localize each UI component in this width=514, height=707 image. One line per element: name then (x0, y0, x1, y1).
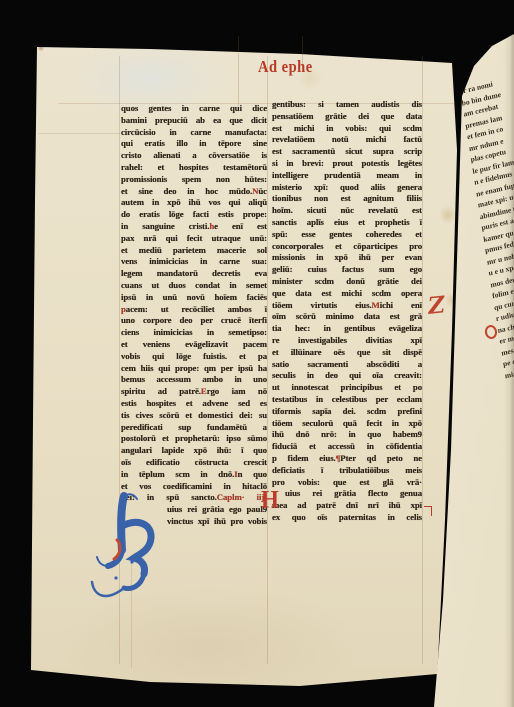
text-line: angulari lapide xpō ihū: ī quo (121, 445, 267, 457)
body-text: uius rei grātia flecto genua (285, 488, 422, 498)
text-line: gentibus: si tamen audistis dis (272, 99, 422, 111)
text-line: oīm scōrū minimo data est grā (272, 311, 422, 323)
text-line: promissionis spem non hūtes: (121, 174, 267, 186)
text-line: testatibus in celestibus per ecclam (272, 394, 422, 406)
body-text: cem hiis qui prope: qm per ipsū ha (121, 363, 267, 373)
body-text: mea ad patrē dnī nrī ihū xpī (272, 500, 422, 510)
rubric-text: Caplm· iij· (217, 492, 267, 502)
body-text: et vos coedificamini in hitaclō (121, 481, 267, 491)
ruling-line-header-left (238, 36, 239, 106)
body-text: tiformis sapīa dei. scdm prefini (272, 406, 422, 416)
text-line: uius rei grātia flecto genua (272, 488, 422, 500)
body-text: testatibus in celestibus per ecclam (272, 394, 422, 404)
text-line: tiōem virtutis eius.Michi enī (272, 300, 422, 312)
text-line: cristo alienati a cōversatiōe is (121, 150, 267, 162)
body-text: bamini prepuciū ab ea que dicit (121, 115, 267, 125)
body-text: tia hec: in gentibus evāgeliza (272, 323, 422, 333)
text-line: pacem: ut recōciliet ambos ī (121, 304, 267, 316)
body-text: do eratis lōge facti estis prope: (121, 209, 267, 219)
text-line: satio sacramenti abscōditi a (272, 359, 422, 371)
body-text: tionibus non est agnitum filiis (272, 193, 422, 203)
text-line: ex quo oīs paternitas in celis (272, 512, 422, 524)
text-line: tiformis sapīa dei. scdm prefini (272, 406, 422, 418)
body-text: ūc (258, 186, 267, 196)
body-text: ichi enī (380, 300, 422, 310)
body-text: tiōem seculorū quā fecit in xpō (272, 418, 422, 428)
text-line: vobis qui lōge fuistis. et pa (121, 351, 267, 363)
text-line: qui eratis illo in tēpore sine (121, 138, 267, 150)
text-line: que data est michi scdm opera (272, 288, 422, 300)
body-text: fiduciā et accessū in cōfidentia (272, 441, 422, 451)
text-column-right: gentibus: si tamen audistis dispensatiōe… (272, 99, 422, 524)
running-title: Ad ephe (258, 58, 328, 78)
body-text: hoīm. sicuti nūc revelatū est (272, 205, 422, 215)
text-line: et illūinare oēs que sit dispē (272, 347, 422, 359)
body-text: cristo alienati a cōversatiōe is (121, 150, 267, 160)
body-text: peredificati sup fundamētū a (121, 422, 267, 432)
text-line: cuans ut duos condat in semet (121, 280, 267, 292)
text-line: et sine deo in hoc mūdo.Nūc (121, 186, 267, 198)
body-text: angulari lapide xpō ihū: ī quo (121, 445, 267, 455)
body-text: p fidem eius. (272, 453, 336, 463)
body-text: tiōem virtutis eius. (272, 300, 372, 310)
manuscript-photo: er ra nomibo bin dumeam cerebatpremas la… (0, 0, 514, 707)
body-text: n quo (238, 469, 267, 479)
body-text: et mediū parietem macerie sol (121, 245, 267, 255)
body-text: oīm scōrū minimo data est grā (272, 311, 422, 321)
body-text: deficiatis ī tribulatiōibus meis (272, 465, 422, 475)
text-line: in tēplum scm in dnō.In quo (121, 469, 267, 481)
body-text: pensatiōem grātie dei que data (272, 111, 422, 121)
text-line: minister scdm donū grātie dei (272, 276, 422, 288)
text-line: peredificati sup fundamētū a (121, 422, 267, 434)
text-line: postolorū et prophetarū: ipso sūmo (121, 433, 267, 445)
body-text: et illūinare oēs que sit dispē (272, 347, 422, 357)
ruling-line-vertical-center (267, 56, 268, 664)
text-line: et mediū parietem macerie sol (121, 245, 267, 257)
text-line: oīs edificatio cōstructa crescit (121, 457, 267, 469)
text-line: sanctis aplīs eius et prophetis ī (272, 217, 422, 229)
text-line: do eratis lōge facti estis prope: (121, 209, 267, 221)
text-line: re investigabiles divitias xpī (272, 335, 422, 347)
text-line: hoīm. sicuti nūc revelatū est (272, 205, 422, 217)
text-line: estis hospites et advene sed es (121, 398, 267, 410)
body-text: missionis in xpō ihū per evan (272, 252, 422, 262)
text-line: tiōem seculorū quā fecit in xpō (272, 418, 422, 430)
text-line: pro vobis: que est glā vrā· (272, 477, 422, 489)
body-text: et sine deo in hoc mūdo. (121, 186, 252, 196)
body-text: et veniens evāgelizavit pacem (121, 339, 267, 349)
text-line: tis cives scōrū et domestici dei: su (121, 410, 267, 422)
body-text: ex quo oīs paternitas in celis (272, 512, 422, 522)
text-line: fiduciā et accessū in cōfidentia (272, 441, 422, 453)
ruling-line-horizontal-margin (38, 133, 120, 134)
body-text: pax nrā qui fecit utraque unū: (121, 233, 267, 243)
text-line: vens inimicicias in carne sua: (121, 256, 267, 268)
illuminated-initial-h (86, 490, 166, 608)
text-line: cem hiis qui prope: qm per ipsū ha (121, 363, 267, 375)
text-line: mea ad patrē dnī nrī ihū xpī (272, 500, 422, 512)
body-text: rahel: et hospites testamētorū (121, 162, 267, 172)
body-text: spiritu ad patrē. (121, 386, 201, 396)
text-line: et veniens evāgelizavit pacem (121, 339, 267, 351)
body-text: que data est michi scdm opera (272, 288, 422, 298)
body-text: revelatiōem notū michi factū (272, 134, 422, 144)
body-text: re investigabiles divitias xpī (272, 335, 422, 345)
ruling-line-vertical-right (422, 56, 423, 664)
body-text: uius rei grātia ego paul9 (167, 504, 267, 514)
text-line: p fidem eius.¶Pter qd peto ne (272, 453, 422, 465)
body-text: promissionis spem non hūtes: (121, 174, 267, 184)
body-text: est sacramentū sicut supra scrip (272, 146, 422, 156)
body-text: autem in xpō ihū vos qui aliqū (121, 197, 267, 207)
body-text: geliū: cuius factus sum ego (272, 264, 422, 274)
text-line: si in brevi: prout potestis legētes (272, 158, 422, 170)
text-line: ihū dnō nrō: in quo habem9 (272, 429, 422, 441)
text-line: autem in xpō ihū vos qui aliqū (121, 197, 267, 209)
body-text: cuans ut duos condat in semet (121, 280, 267, 290)
body-text: e enī est (214, 221, 267, 231)
text-line: tia hec: in gentibus evāgeliza (272, 323, 422, 335)
text-column-left: quos gentes in carne qui dicebamini prep… (121, 103, 267, 528)
body-text: qui eratis illo in tēpore sine (121, 138, 267, 148)
body-text: circūcisio in carne manufacta: (121, 127, 267, 137)
text-line: spū: esse gentes coheredes et (272, 229, 422, 241)
body-text: postolorū et prophetarū: ipso sūmo (121, 433, 267, 443)
text-line: in sanguine cristi.he enī est (121, 221, 267, 233)
text-line: deficiatis ī tribulatiōibus meis (272, 465, 422, 477)
text-line: est sacramentū sicut supra scrip (272, 146, 422, 158)
body-text: est michi in vobis: qui scdm (272, 123, 422, 133)
rubric-text: M (372, 300, 380, 310)
body-text: vinctus xpī ihū pro vobis (167, 516, 267, 526)
body-text: tis cives scōrū et domestici dei: su (121, 410, 267, 420)
text-line: pensatiōem grātie dei que data (272, 111, 422, 123)
text-line: geliū: cuius factus sum ego (272, 264, 422, 276)
text-line: legem mandatorū decretis eva (121, 268, 267, 280)
body-text: legem mandatorū decretis eva (121, 268, 267, 278)
body-text: intelligere prudentiā meam in (272, 170, 422, 180)
body-text: sanctis aplīs eius et prophetis ī (272, 217, 422, 227)
next-page-text: er ra nomibo bin dumeam cerebatpremas la… (459, 73, 514, 639)
body-text: ihū dnō nrō: in quo habem9 (272, 429, 422, 439)
body-text: pro vobis: que est glā vrā· (272, 477, 422, 487)
body-text: minister scdm donū grātie dei (272, 276, 422, 286)
text-line: intelligere prudentiā meam in (272, 170, 422, 182)
body-text: Pter qd peto ne (340, 453, 422, 463)
chapter-initial-h-red: H (261, 486, 279, 512)
body-text: satio sacramenti abscōditi a (272, 359, 422, 369)
text-line: rahel: et hospites testamētorū (121, 162, 267, 174)
margin-mark-z: Z (427, 293, 446, 318)
body-text: rgo iam nō (207, 386, 267, 396)
text-line: revelatiōem notū michi factū (272, 134, 422, 146)
body-text: vens inimicicias in carne sua: (121, 256, 267, 266)
text-line: quos gentes in carne qui dice (121, 103, 267, 115)
body-text: seculis in deo qui oīa creavit: (272, 370, 422, 380)
text-line: uno corpore deo per crucē īterfi (121, 315, 267, 327)
body-text: spū: esse gentes coheredes et (272, 229, 422, 239)
body-text: concorporales et cōparticipes pro (272, 241, 422, 251)
text-line: misterio xpī: quod aliis genera (272, 182, 422, 194)
text-line: ciens inimicicias in semetipso: (121, 327, 267, 339)
body-text: si in brevi: prout potestis legētes (272, 158, 422, 168)
body-text: ipsū in unū novū hoīem faciēs (121, 292, 267, 302)
text-line: circūcisio in carne manufacta: (121, 127, 267, 139)
text-line: ut innotescat principibus et po (272, 382, 422, 394)
body-text: quos gentes in carne qui dice (121, 103, 267, 113)
body-text: gentibus: si tamen audistis dis (272, 99, 422, 109)
margin-correction-mark (424, 506, 432, 516)
body-text: estis hospites et advene sed es (121, 398, 267, 408)
body-text: misterio xpī: quod aliis genera (272, 182, 422, 192)
body-text: oīs edificatio cōstructa crescit (121, 457, 267, 467)
body-text: acem: ut recōciliet ambos ī (126, 304, 267, 314)
text-line: concorporales et cōparticipes pro (272, 241, 422, 253)
body-text: in sanguine cristi. (121, 221, 209, 231)
text-line: ipsū in unū novū hoīem faciēs (121, 292, 267, 304)
body-text: vobis qui lōge fuistis. et pa (121, 351, 267, 361)
body-text: in tēplum scm in dnō. (121, 469, 234, 479)
text-line: bamini prepuciū ab ea que dicit (121, 115, 267, 127)
body-text: ciens inimicicias in semetipso: (121, 327, 267, 337)
text-line: spiritu ad patrē.Ergo iam nō (121, 386, 267, 398)
text-line: bemus accessum ambo in uno (121, 374, 267, 386)
body-text: bemus accessum ambo in uno (121, 374, 267, 384)
text-line: tionibus non est agnitum filiis (272, 193, 422, 205)
text-line: missionis in xpō ihū per evan (272, 252, 422, 264)
body-text: ut innotescat principibus et po (272, 382, 422, 392)
next-page-initial-o (484, 324, 498, 340)
text-line: pax nrā qui fecit utraque unū: (121, 233, 267, 245)
text-line: seculis in deo qui oīa creavit: (272, 370, 422, 382)
body-text: uno corpore deo per crucē īterfi (121, 315, 267, 325)
text-line: est michi in vobis: qui scdm (272, 123, 422, 135)
